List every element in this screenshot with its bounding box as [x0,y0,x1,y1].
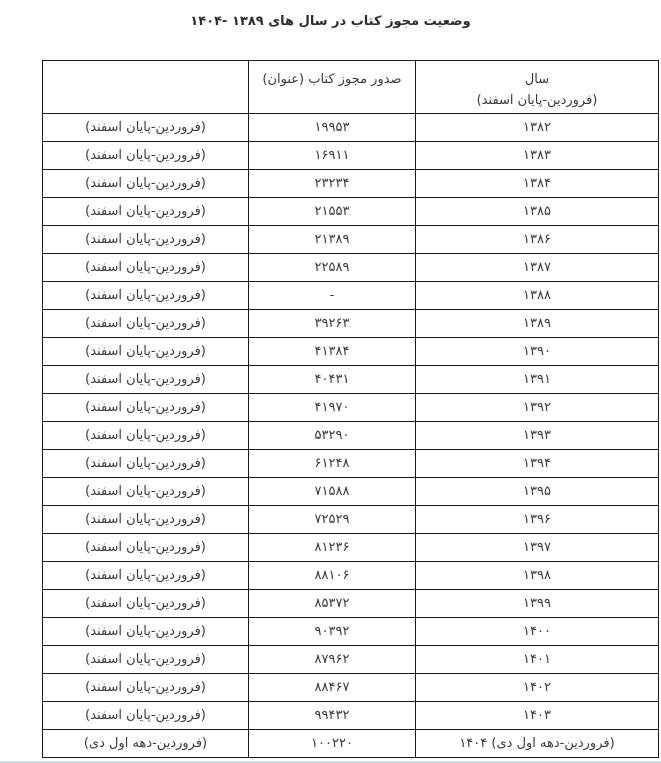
period-cell: (فروردین-پایان اسفند) [43,674,249,702]
count-cell: ۳۹۲۶۳ [249,310,416,338]
period-cell: (فروردین-پایان اسفند) [43,226,249,254]
count-column-header: صدور مجوز کتاب (عنوان) [249,61,416,114]
table-row: ۱۴۰۱ ۸۷۹۶۲ (فروردین-پایان اسفند) [43,646,659,674]
table-row: ۱۳۸۲ ۱۹۹۵۳ (فروردین-پایان اسفند) [43,114,659,142]
year-cell: ۱۳۸۶ [416,226,659,254]
count-cell: ۷۲۵۲۹ [249,506,416,534]
count-cell: ۸۸۴۶۷ [249,674,416,702]
table-row: ۱۳۹۸ ۸۸۱۰۶ (فروردین-پایان اسفند) [43,562,659,590]
year-cell: ۱۳۹۸ [416,562,659,590]
table-row: ۱۳۹۴ ۶۱۲۴۸ (فروردین-پایان اسفند) [43,450,659,478]
count-cell: ۸۷۹۶۲ [249,646,416,674]
year-cell: ۱۳۹۷ [416,534,659,562]
count-cell: ۴۰۴۳۱ [249,366,416,394]
count-cell: ۱۰۰۲۲۰ [249,730,416,758]
year-cell: ۱۳۸۲ [416,114,659,142]
count-cell: ۴۱۳۸۴ [249,338,416,366]
count-cell: ۱۶۹۱۱ [249,142,416,170]
table-body: ۱۳۸۲ ۱۹۹۵۳ (فروردین-پایان اسفند) ۱۳۸۳ ۱۶… [43,114,659,758]
year-cell: ۱۳۸۴ [416,170,659,198]
period-cell: (فروردین-دهه اول دی) [43,730,249,758]
table-row: ۱۳۸۶ ۲۱۳۸۹ (فروردین-پایان اسفند) [43,226,659,254]
period-cell: (فروردین-پایان اسفند) [43,366,249,394]
count-cell: ۲۲۵۸۹ [249,254,416,282]
table-row: ۱۴۰۲ ۸۸۴۶۷ (فروردین-پایان اسفند) [43,674,659,702]
period-cell: (فروردین-پایان اسفند) [43,590,249,618]
period-cell: (فروردین-پایان اسفند) [43,170,249,198]
count-cell: ۸۱۲۳۶ [249,534,416,562]
period-cell: (فروردین-پایان اسفند) [43,422,249,450]
year-cell: ۱۳۸۵ [416,198,659,226]
period-cell: (فروردین-پایان اسفند) [43,534,249,562]
year-cell: ۱۴۰۰ [416,618,659,646]
count-cell: ۱۹۹۵۳ [249,114,416,142]
count-cell: ۷۱۵۸۸ [249,478,416,506]
table-row: ۱۳۹۷ ۸۱۲۳۶ (فروردین-پایان اسفند) [43,534,659,562]
table-row: (فروردین-دهه اول دی) ۱۴۰۴ ۱۰۰۲۲۰ (فروردی… [43,730,659,758]
count-cell: ۹۰۳۹۲ [249,618,416,646]
table-row: ۱۳۹۲ ۴۱۹۷۰ (فروردین-پایان اسفند) [43,394,659,422]
table-row: ۱۳۸۵ ۲۱۵۵۳ (فروردین-پایان اسفند) [43,198,659,226]
table-row: ۱۴۰۳ ۹۹۴۳۲ (فروردین-پایان اسفند) [43,702,659,730]
period-cell: (فروردین-پایان اسفند) [43,646,249,674]
table-row: ۱۳۸۷ ۲۲۵۸۹ (فروردین-پایان اسفند) [43,254,659,282]
period-cell: (فروردین-پایان اسفند) [43,254,249,282]
count-cell: - [249,282,416,310]
period-cell: (فروردین-پایان اسفند) [43,394,249,422]
count-cell: ۲۳۲۳۴ [249,170,416,198]
table-row: ۱۳۹۶ ۷۲۵۲۹ (فروردین-پایان اسفند) [43,506,659,534]
year-cell: (فروردین-دهه اول دی) ۱۴۰۴ [416,730,659,758]
table-row: ۱۴۰۰ ۹۰۳۹۲ (فروردین-پایان اسفند) [43,618,659,646]
period-cell: (فروردین-پایان اسفند) [43,562,249,590]
year-cell: ۱۳۹۴ [416,450,659,478]
year-cell: ۱۳۹۲ [416,394,659,422]
header-row: سال (فروردین-پایان اسفند) صدور مجوز کتاب… [43,61,659,114]
year-cell: ۱۳۸۷ [416,254,659,282]
year-cell: ۱۳۸۹ [416,310,659,338]
count-cell: ۹۹۴۳۲ [249,702,416,730]
period-cell: (فروردین-پایان اسفند) [43,114,249,142]
period-cell: (فروردین-پایان اسفند) [43,338,249,366]
year-cell: ۱۳۸۸ [416,282,659,310]
year-cell: ۱۳۹۶ [416,506,659,534]
year-column-header: سال (فروردین-پایان اسفند) [416,61,659,114]
book-license-table: سال (فروردین-پایان اسفند) صدور مجوز کتاب… [42,60,659,758]
year-cell: ۱۴۰۲ [416,674,659,702]
count-cell: ۲۱۳۸۹ [249,226,416,254]
year-cell: ۱۴۰۱ [416,646,659,674]
period-cell: (فروردین-پایان اسفند) [43,450,249,478]
year-cell: ۱۴۰۳ [416,702,659,730]
year-cell: ۱۳۸۳ [416,142,659,170]
count-cell: ۲۱۵۵۳ [249,198,416,226]
table-row: ۱۳۸۳ ۱۶۹۱۱ (فروردین-پایان اسفند) [43,142,659,170]
period-cell: (فروردین-پایان اسفند) [43,142,249,170]
period-cell: (فروردین-پایان اسفند) [43,282,249,310]
count-cell: ۸۵۳۷۲ [249,590,416,618]
table-row: ۱۳۹۱ ۴۰۴۳۱ (فروردین-پایان اسفند) [43,366,659,394]
count-cell: ۴۱۹۷۰ [249,394,416,422]
count-cell: ۶۱۲۴۸ [249,450,416,478]
year-header-title: سال [420,69,654,90]
period-cell: (فروردین-پایان اسفند) [43,310,249,338]
table-row: ۱۳۹۵ ۷۱۵۸۸ (فروردین-پایان اسفند) [43,478,659,506]
count-cell: ۸۸۱۰۶ [249,562,416,590]
period-cell: (فروردین-پایان اسفند) [43,506,249,534]
period-cell: (فروردین-پایان اسفند) [43,478,249,506]
year-cell: ۱۳۹۰ [416,338,659,366]
period-cell: (فروردین-پایان اسفند) [43,618,249,646]
year-header-subtitle: (فروردین-پایان اسفند) [420,90,654,111]
table-row: ۱۳۸۸ - (فروردین-پایان اسفند) [43,282,659,310]
period-cell: (فروردین-پایان اسفند) [43,702,249,730]
period-cell: (فروردین-پایان اسفند) [43,198,249,226]
page-title: وضعیت مجوز کتاب در سال های ۱۳۸۹ -۱۴۰۴ [0,14,661,29]
table-row: ۱۳۹۹ ۸۵۳۷۲ (فروردین-پایان اسفند) [43,590,659,618]
year-cell: ۱۳۹۹ [416,590,659,618]
table-row: ۱۳۸۴ ۲۳۲۳۴ (فروردین-پایان اسفند) [43,170,659,198]
period-column-header [43,61,249,114]
year-cell: ۱۳۹۱ [416,366,659,394]
table-row: ۱۳۹۳ ۵۳۲۹۰ (فروردین-پایان اسفند) [43,422,659,450]
table-row: ۱۳۸۹ ۳۹۲۶۳ (فروردین-پایان اسفند) [43,310,659,338]
year-cell: ۱۳۹۳ [416,422,659,450]
table-header: سال (فروردین-پایان اسفند) صدور مجوز کتاب… [43,61,659,114]
year-cell: ۱۳۹۵ [416,478,659,506]
table-row: ۱۳۹۰ ۴۱۳۸۴ (فروردین-پایان اسفند) [43,338,659,366]
count-cell: ۵۳۲۹۰ [249,422,416,450]
